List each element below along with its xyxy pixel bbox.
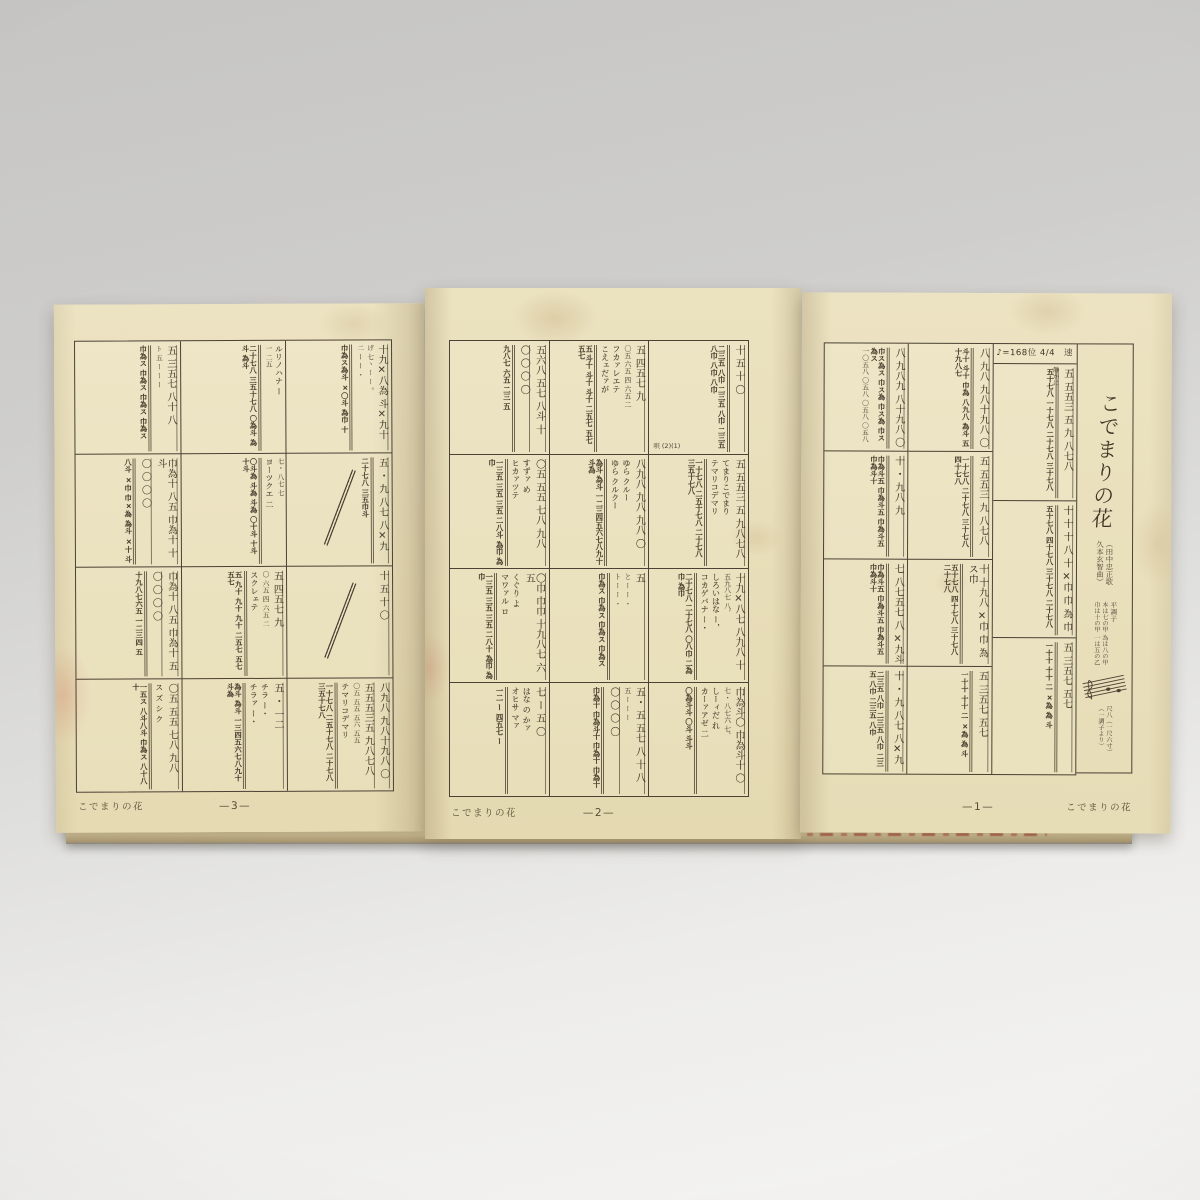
page-1: ♪=168位 4/4 速五 五五三 五 九 八七八五十七八 一十七八 二十七八 … xyxy=(800,292,1172,833)
notation-cell: 十 ・ 九 八七 八×九二三五 八巾 二三五 八巾 二三五 八巾 二三五 八巾 xyxy=(823,666,907,774)
notation-column: 巾ス為ス 巾ス為 巾ス為 巾ス為ス xyxy=(870,348,889,449)
notation-column: 十 五 十 〇 xyxy=(733,345,745,452)
tuning-line: 本は七の甲 為は八の甲 xyxy=(1101,601,1108,665)
notation-column: オヒサ マァ xyxy=(511,687,519,794)
annotation: 唄 (2)(1) xyxy=(653,441,680,450)
notation-column: ゆら クルー xyxy=(622,459,630,566)
notation-column: 二十七八 三五十七八 〇為斗 為斗 為斗 xyxy=(242,345,261,451)
notation-column: 十 ・ 九八 九 xyxy=(892,455,905,556)
notation-column: ヒカァツテ xyxy=(511,459,519,566)
notation-cell: 五 ・ 一二チラ ー・チラァ ー・為斗 為斗 一三四五六七八九十斗為 xyxy=(182,678,287,791)
notation-frame: 十 五 十 〇二三五 八巾 二三五 八巾 二三五 八巾 八巾 八巾唄 (2)(1… xyxy=(449,340,749,797)
notation-cell: 五・ 五 五七 八 十 八五 ー ー ー〇 〇 〇 〇巾為十 巾為斗十 巾為十 … xyxy=(550,682,649,796)
notation-column: 二 ー ー ・ xyxy=(356,344,364,450)
notation-column: 〇五 五五 七八 九八 xyxy=(166,684,179,790)
composer-credit: （田中忠正歌 久本玄智曲） xyxy=(1095,540,1114,585)
notation-column: 巾為斗五 巾為斗五 巾為斗五 巾為斗十 xyxy=(870,455,889,556)
notation-column: 巾為十 八五 巾為十 十斗 xyxy=(154,458,177,564)
notation-column: 巾為斗〇 巾為斗十 〇 xyxy=(733,687,745,794)
notation-column: しろいはな ー， xyxy=(711,573,719,680)
notation-column: 一三五 三五 三五 二八斗 為巾 為巾 xyxy=(489,459,508,566)
notation-column: 巾為ス為斗 ×〇斗 為巾 十 xyxy=(341,345,353,451)
notation-column: こえェだァが xyxy=(600,345,608,452)
notation-column: 五 xyxy=(633,573,645,680)
notation-column: 十 十 十 八 十 ×巾 巾 為 巾 xyxy=(1060,505,1073,635)
notation-column: 二十七八 二十七八 〇八巾 二為巾 為巾 xyxy=(678,573,697,680)
notation-column: 一十七八 二五十七八 二十七八 三五十七八 xyxy=(318,683,337,789)
notation-column: 十 十九八 ×巾 巾 為 ス巾 xyxy=(966,563,989,664)
notation-column: 二三五 八巾 二三五 八巾 二三五 八巾 八巾 八巾 xyxy=(711,345,730,452)
notation-cell: 八 九八 九八十九八 〇斗十 斗十 巾為 八九八 為斗 五十九八七 xyxy=(909,344,993,451)
notation-column: 五十七八 四十七八 三十七八 二十七八 xyxy=(1046,505,1058,635)
notation-column: 五 ・ 九 八七 八×九 xyxy=(376,457,389,563)
notation-column: ト 五 ー ー ー xyxy=(154,345,162,451)
tuning-line: 巾は十の甲 一は五の乙 xyxy=(1093,601,1100,665)
notation-column: 五 ー ー ー xyxy=(623,687,630,794)
notation-column: コカゲバナ ー・ xyxy=(700,573,708,680)
notation-column: 十九×八七 八九八 十 xyxy=(733,573,745,680)
notation-column: 〇巾 巾巾 十九八七 六五 xyxy=(523,573,546,680)
notation-column: 五九八七 八， xyxy=(723,573,730,680)
notation-cell: 八九八 九八十九八 〇五五五三五 九八七八〇五 五五 五六 五五テマリコデマリ一… xyxy=(288,678,393,791)
page-number: —2— xyxy=(550,807,649,819)
notation-cell: 五 五五三 五 九 八七八五十七八 一十七八 二十七八 三十七八静かに xyxy=(993,364,1077,500)
page-2: 十 五 十 〇二三五 八巾 二三五 八巾 二三五 八巾 八巾 八巾唄 (2)(1… xyxy=(425,288,801,839)
page-number: —3— xyxy=(183,800,288,812)
notation-column: ルリノハナ ー xyxy=(274,345,283,451)
notation-column: 十九×八為 斗×九十 xyxy=(376,344,389,450)
notation-cell: 巾為十 八五 巾為十 十斗〇 〇 〇 〇八斗 ×巾 巾×為 為斗 ×十 斗 xyxy=(75,453,180,566)
notation-column: 〇 六五 四 六五 二 xyxy=(261,570,269,676)
notation-column: 七 八七五七 八 ×九斗 xyxy=(892,563,905,664)
notation-column: ト ー ー ・ xyxy=(613,573,620,680)
notation-column: 〇 〇 〇 〇 xyxy=(607,687,619,794)
notation-cell: 〇五 五五 七八 九八ス ズ シ ク一五ス 八斗八斗 巾為ス 八十八十 xyxy=(76,679,181,792)
instrument-note: 尺八（一尺六寸） （一調子より） xyxy=(1096,705,1112,755)
notation-cell: 十九×八為 斗×九十げ 七ヽ ー ー 。二 ー ー ・巾為ス為斗 ×〇斗 為巾 … xyxy=(286,340,391,452)
notation-column: 七・ 八七六 七、 xyxy=(723,687,730,794)
notation-column: チラァ ー・ xyxy=(249,683,258,789)
notation-cell: 巾為斗〇 巾為斗十 〇七・ 八七六 七、しーィだ れカーァアゼ 二〇為斗斗 〇斗… xyxy=(649,682,748,796)
notation-column: 五十七八 四十七八 三十七八 二十七八 xyxy=(944,563,963,664)
sheet-music-booklet: 十九×八為 斗×九十げ 七ヽ ー ー 。二 ー ー ・巾為ス為斗 ×〇斗 為巾 … xyxy=(55,288,1171,844)
notation-column: 巾為ス 巾為ス 巾為ス 巾為ス xyxy=(598,573,609,680)
notation-column: 一二 ー 四五七 ー xyxy=(496,687,507,794)
photo-background: 十九×八為 斗×九十げ 七ヽ ー ー 。二 ー ー ・巾為ス為斗 ×〇斗 為巾 … xyxy=(0,0,1200,1200)
notation-column: 五 三五七 五七 xyxy=(1060,642,1073,772)
notation-column: 五 四五七 九 xyxy=(271,570,284,676)
notation-column: ヨーツクエ 二 xyxy=(264,458,273,564)
notation-column: 五 五五三 五 九八七八 xyxy=(733,459,745,566)
page-number: —1— xyxy=(927,801,1030,813)
notation-column: 九八七 六五 二三 五 xyxy=(503,345,514,452)
notation-column: 為斗 為斗 一三四五六七八九十斗為 xyxy=(227,683,246,789)
notation-column: 七・ 八七 七 xyxy=(276,458,284,564)
notation-column-group: ルリノハナ ー一 二五二十七八 三五十七八 〇為斗 為斗 為斗七・ 八七 七ヨー… xyxy=(180,341,288,791)
notation-cell: 五 三五七 五七一十十 十十 二 ×為 為 斗 xyxy=(992,637,1076,774)
notation-column: 〇 〇 〇 〇 xyxy=(150,571,163,677)
notation-column-group: 八 九八九 八十九八 〇巾ス為ス 巾ス為 巾ス為 巾ス為ス一〇五八 〇五八 〇五… xyxy=(823,343,908,773)
notation-column: 七 ー 五 〇 xyxy=(533,687,545,794)
notation-cell: 七 八七五七 八 ×九斗巾為斗五 巾為斗五 巾為斗五 巾為斗十 xyxy=(824,558,908,666)
notation-column: しーィだ れ xyxy=(711,687,719,794)
notation-column: 八九八 九八 九八 〇 xyxy=(633,459,645,566)
notation-column-group: 十 五 十 〇二三五 八巾 二三五 八巾 二三五 八巾 八巾 八巾唄 (2)(1… xyxy=(648,341,748,796)
notation-column: チラ ー・ xyxy=(260,683,269,789)
notation-cell: 七・ 八七 七ヨーツクエ 二〇斗為 斗為 斗為 〇十斗 十斗 十斗 xyxy=(181,453,286,566)
notation-cell: 八九八 九八 九八 〇ゆら クルーゆら クルクー為斗 為斗 一二三四五六七八九十… xyxy=(550,454,649,568)
instrument-line: （一調子より） xyxy=(1097,705,1104,748)
notation-column: 一〇五八 〇五八 〇五八 〇五八 xyxy=(860,348,867,449)
notation-column: フカァレエテ xyxy=(612,345,620,452)
notation-column-group: 五 四五七 九〇五 六五 四 六五 二フカァレエテこえェだァが五 斗十 斗十 斗… xyxy=(549,341,649,796)
glissando-mark xyxy=(324,582,356,659)
notation-column: 十 ・ 九 八七 八×九 xyxy=(891,671,904,772)
notation-cell: 五と ー ー ・ト ー ー ・巾為ス 巾為ス 巾為ス 巾為ス xyxy=(550,568,649,682)
notation-column: 斗十 斗十 巾為 八九八 為斗 五十九八七 xyxy=(955,348,974,449)
notation-grid: 十九×八為 斗×九十げ 七ヽ ー ー 。二 ー ー ・巾為ス為斗 ×〇斗 為巾 … xyxy=(75,340,393,791)
notation-column: 八 九八九 八十九八 〇 xyxy=(892,348,905,449)
title-block: こでまりの花 （田中忠正歌 久本玄智曲） 平調子 本は七の甲 為は八の甲 巾は十… xyxy=(1076,343,1134,773)
notation-column: と ー ー ・ xyxy=(623,573,630,680)
notation-column: 〇五 五五 七八 九八 xyxy=(533,459,545,566)
notation-cell: 五 三五七 五七一十十 十十 二 ×為 為 斗 xyxy=(908,666,992,774)
notation-column: 五 ・ 一二 xyxy=(271,683,284,789)
notation-column-group: 十九×八為 斗×九十げ 七ヽ ー ー 。二 ー ー ・巾為ス為斗 ×〇斗 為巾 … xyxy=(285,340,393,790)
notation-column: 〇 〇 〇 〇 xyxy=(139,458,152,564)
notation-column: はな の かァ xyxy=(522,687,530,794)
notation-cell: 八 九八九 八十九八 〇巾ス為ス 巾ス為 巾ス為 巾ス為ス一〇五八 〇五八 〇五… xyxy=(824,343,908,450)
notation-cell: 十九×八七 八九八 十五九八七 八，しろいはな ー，コカゲバナ ー・二十七八 二… xyxy=(649,568,748,682)
lyricist-credit: （田中忠正歌 xyxy=(1105,540,1114,585)
notation-column: 五 五五三 九 八七八 xyxy=(976,456,989,557)
notation-column: 八斗 ×巾 巾×為 為斗 ×十 斗 xyxy=(125,458,137,564)
notation-column: 五六八 五七 八斗 十 xyxy=(533,345,545,452)
notation-cell: 〇五 五五 七八 九八すずァ めヒカァツテ一三五 三五 三五 二八斗 為巾 為巾 xyxy=(450,454,549,568)
notation-column: 八九八 九八十九八 〇 xyxy=(377,683,390,789)
notation-column: ス ズ シ ク xyxy=(154,684,163,790)
notation-column: スクレェテ xyxy=(250,570,259,676)
page-3: 十九×八為 斗×九十げ 七ヽ ー ー 。二 ー ー ・巾為ス為斗 ×〇斗 為巾 … xyxy=(54,303,426,833)
notation-cell: 十 十九八 ×巾 巾 為 ス巾五十七八 四十七八 三十七八 二十七八 xyxy=(908,558,992,666)
notation-column: すずァ め xyxy=(522,459,530,566)
notation-column: 五十七八 一十七八 二十七八 三十七八 xyxy=(1046,368,1058,498)
notation-cell: 五 四五七 九〇五 六五 四 六五 二フカァレエテこえェだァが五 斗十 斗十 斗… xyxy=(550,341,649,454)
notation-cell: 五 ・ 九 八七 八×九二十七八 三五巾斗 xyxy=(287,452,392,565)
notation-column: 八 九八 九八十九八 〇 xyxy=(977,348,990,449)
notation-cell: 五 三五七 八十 八ト 五 ー ー ー巾為ス 巾為ス 巾為ス 巾為ス xyxy=(75,341,180,453)
notation-column: 五・ 五 五七 八 十 八 xyxy=(633,687,645,794)
footer-title: こでまりの花 xyxy=(78,798,183,812)
notation-column-group: ♪=168位 4/4 速五 五五三 五 九 八七八五十七八 一十七八 二十七八 … xyxy=(991,344,1077,774)
notation-cell: 十 五 十 〇 xyxy=(287,565,392,678)
notation-column: 巾為ス 巾為ス 巾為ス 巾為ス xyxy=(140,345,152,451)
notation-column: 五 九十 九十 九十 二五七 五七 五七 xyxy=(228,570,247,676)
notation-column: 〇五 五五 五六 五五 xyxy=(352,683,360,789)
notation-column: 五 三五七 五七 xyxy=(976,671,989,772)
notation-grid: 十 五 十 〇二三五 八巾 二三五 八巾 二三五 八巾 八巾 八巾唄 (2)(1… xyxy=(450,341,748,796)
notation-column: ゆら クルクー xyxy=(610,459,618,566)
page-footer: こでまりの花 —3— xyxy=(78,797,392,812)
notation-column: マワァル ロ xyxy=(500,573,508,680)
notation-column: 一十七八 二十七八 三十七八 四十七八 xyxy=(954,456,973,557)
notation-column: 〇 〇 〇 〇 xyxy=(518,345,530,452)
notation-cell: ルリノハナ ー一 二五二十七八 三五十七八 〇為斗 為斗 為斗 xyxy=(181,341,286,453)
notation-cell: 五 四五七 九〇 六五 四 六五 二スクレェテ五 九十 九十 九十 二五七 五七… xyxy=(182,565,287,678)
notation-column: 巾為十 巾為斗十 巾為十 巾為十 xyxy=(593,687,604,794)
notation-column: くぐり よ xyxy=(512,573,520,680)
notation-column: 一十十 十十 二 ×為 為 斗 xyxy=(961,671,973,772)
notation-column: 為斗 為斗 一二三四五六七八九十斗為 xyxy=(588,459,607,566)
notation-column: 〇斗為 斗為 斗為 〇十斗 十斗 十斗 xyxy=(243,458,262,564)
notation-grid: ♪=168位 4/4 速五 五五三 五 九 八七八五十七八 一十七八 二十七八 … xyxy=(823,343,1076,774)
notation-column: 一 二五 xyxy=(264,345,272,451)
notation-column: 一五ス 八斗八斗 巾為ス 八十八十 xyxy=(132,684,151,790)
notation-cell: 五 五五三 九 八七八一十七八 二十七八 三十七八 四十七八 xyxy=(908,450,992,558)
notation-column: 五 三五七 八十 八 xyxy=(164,345,177,451)
notation-column: 一十十 十十 二 ×為 為 斗 xyxy=(1045,642,1057,772)
notation-column: 五 四五七 九 xyxy=(633,345,645,452)
notation-column-group: 五 三五七 八十 八ト 五 ー ー ー巾為ス 巾為ス 巾為ス 巾為ス巾為十 八五… xyxy=(75,341,182,791)
footer-title: こでまりの花 xyxy=(451,805,550,819)
composer-name: 久本玄智曲） xyxy=(1095,540,1104,585)
notation-column: 巾為十 八五 巾為十 五 xyxy=(165,571,178,677)
notation-column-group: 五六八 五七 八斗 十〇 〇 〇 〇九八七 六五 二三 五〇五 五五 七八 九八… xyxy=(450,341,549,796)
notation-column: てまりこでまり xyxy=(721,459,729,566)
notation-column: 十 五 十 〇 xyxy=(377,570,390,676)
instrument-line: 尺八（一尺六寸） xyxy=(1105,705,1112,755)
page-footer: —1— こでまりの花 xyxy=(824,798,1132,813)
song-title: こでまりの花 xyxy=(1085,392,1125,530)
notation-column: 一三五 三五 三五 二八十 為巾 為巾 xyxy=(478,573,497,680)
notation-cell: 五 五五三 五 九八七八てまりこでまりテマリコデマリ一十七八 二五十七八 二十七… xyxy=(649,454,748,568)
notation-column: 〇五 六五 四 六五 二 xyxy=(623,345,630,452)
tuning-note: 平調子 本は七の甲 為は八の甲 巾は十の甲 一は五の乙 xyxy=(1092,601,1117,665)
annotation: 静かに xyxy=(1052,366,1061,386)
notation-column: 二十七八 三五巾斗 xyxy=(362,457,374,563)
notation-column: カーァアゼ 二 xyxy=(700,687,708,794)
staff-notation-icon xyxy=(1079,671,1129,702)
page-footer: こでまりの花 —2— xyxy=(451,805,747,819)
notation-column: 五五五三五 九八七八 xyxy=(362,683,375,789)
notation-column: テマリコデマリ xyxy=(340,683,349,789)
tempo-header: ♪=168位 4/4 速 xyxy=(993,344,1076,364)
notation-frame: ♪=168位 4/4 速五 五五三 五 九 八七八五十七八 一十七八 二十七八 … xyxy=(822,342,1078,775)
notation-column: 十九八七六五 一二三四 五 xyxy=(135,571,147,677)
notation-column-group: 八 九八 九八十九八 〇斗十 斗十 巾為 八九八 為斗 五十九八七五 五五三 九… xyxy=(907,344,993,774)
notation-column: テマリコデマリ xyxy=(710,459,718,566)
notation-cell: 十 五 十 〇二三五 八巾 二三五 八巾 二三五 八巾 八巾 八巾唄 (2)(1… xyxy=(649,341,748,454)
notation-cell: 七 ー 五 〇はな の かァオヒサ マァ一二 ー 四五七 ー xyxy=(450,682,549,796)
notation-column: 巾為斗五 巾為斗五 巾為斗五 巾為斗十 xyxy=(870,563,889,664)
notation-column: 二三五 八巾 二三五 八巾 二三五 八巾 二三五 八巾 xyxy=(869,671,888,772)
notation-cell: 五六八 五七 八斗 十〇 〇 〇 〇九八七 六五 二三 五 xyxy=(450,341,549,454)
notation-cell: 〇巾 巾巾 十九八七 六五くぐり よマワァル ロ一三五 三五 三五 二八十 為巾… xyxy=(450,568,549,682)
notation-cell: 巾為十 八五 巾為十 五〇 〇 〇 〇十九八七六五 一二三四 五 xyxy=(76,566,181,679)
notation-column: 〇為斗斗 〇斗 斗斗 xyxy=(685,687,696,794)
footer-title: こでまりの花 xyxy=(1029,799,1132,813)
tuning-label: 平調子 xyxy=(1109,601,1117,621)
notation-column: 一十七八 二五十七八 二十七八 三五十七八 xyxy=(688,459,707,566)
notation-column: 五 斗十 斗十 斗十 二五七 五七 五七 xyxy=(578,345,597,452)
notation-cell: 十 ・ 九八 九巾為斗五 巾為斗五 巾為斗五 巾為斗十 xyxy=(824,450,908,558)
notation-frame: 十九×八為 斗×九十げ 七ヽ ー ー 。二 ー ー ・巾為ス為斗 ×〇斗 為巾 … xyxy=(74,339,394,792)
notation-column: げ 七ヽ ー ー 。 xyxy=(366,344,374,450)
glissando-mark xyxy=(323,470,355,547)
notation-column: 五 五五三 五 九 八七八 xyxy=(1061,368,1074,498)
notation-cell: 十 十 十 八 十 ×巾 巾 為 巾五十七八 四十七八 三十七八 二十七八 xyxy=(992,500,1076,637)
